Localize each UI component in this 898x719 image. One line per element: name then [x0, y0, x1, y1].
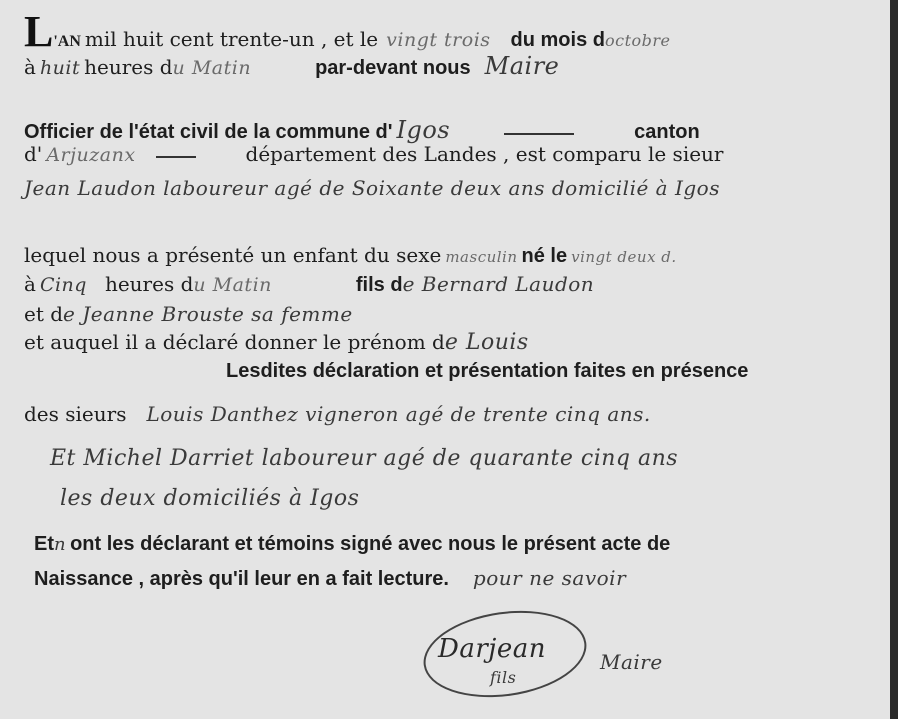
- printed-text: fils d: [356, 274, 403, 296]
- blank-line: [504, 133, 574, 135]
- signature-name: Darjean: [438, 634, 546, 664]
- handwritten-father: e Bernard Laudon: [403, 272, 595, 296]
- handwritten-month: octobre: [605, 31, 671, 50]
- handwritten-residence: les deux domiciliés à Igos: [60, 486, 359, 511]
- line-7: à Cinq heures du Matin fils de Bernard L…: [24, 272, 594, 297]
- printed-text: département des Landes , est comparu le …: [246, 142, 724, 166]
- printed-text: Officier de l'état civil de la commune d…: [24, 121, 393, 143]
- handwritten-declarant: Jean Laudon laboureur agé de Soixante de…: [24, 176, 720, 200]
- handwritten-day: vingt trois: [386, 29, 490, 51]
- handwritten-time: u Matin: [193, 274, 272, 296]
- printed-text: ont les déclarant et témoins signé avec …: [70, 533, 670, 555]
- printed-text: heures d: [84, 55, 172, 79]
- printed-text: né le: [522, 245, 568, 267]
- handwritten-sex: masculin: [445, 248, 517, 266]
- printed-text: lequel nous a présenté un enfant du sexe: [24, 243, 441, 267]
- line-12: Et Michel Darriet laboureur agé de quara…: [50, 446, 678, 471]
- handwritten-mother: e Jeanne Brouste sa femme: [63, 302, 353, 326]
- handwritten-witness-1: Louis Danthez vigneron agé de trente cin…: [146, 402, 650, 426]
- line-4: d' Arjuzanx département des Landes , est…: [24, 142, 724, 166]
- signature-title: Maire: [600, 650, 663, 674]
- handwritten-time: u Matin: [173, 57, 252, 79]
- printed-text: et auquel il a déclaré donner le prénom …: [24, 330, 445, 354]
- line-14: Etn ont les déclarant et témoins signé a…: [34, 533, 670, 556]
- handwritten-mark: n: [54, 534, 66, 555]
- handwritten-canton: Arjuzanx: [46, 144, 135, 166]
- printed-text: à: [24, 272, 36, 296]
- line-9: et auquel il a déclaré donner le prénom …: [24, 330, 529, 355]
- handwritten-hour: Cinq: [40, 274, 87, 296]
- handwritten-title: Maire: [485, 52, 560, 80]
- handwritten-note: pour ne savoir: [473, 566, 626, 590]
- printed-text: canton: [634, 121, 700, 143]
- handwritten-child-name: e Louis: [445, 330, 529, 355]
- page-edge: [890, 0, 898, 719]
- printed-text: à: [24, 55, 36, 79]
- printed-text: des sieurs: [24, 402, 126, 426]
- printed-text: Lesdites déclaration et présentation fai…: [226, 360, 748, 382]
- line-1: L'AN mil huit cent trente-un , et le vin…: [24, 10, 671, 54]
- handwritten-witness-2: Et Michel Darriet laboureur agé de quara…: [50, 446, 678, 471]
- printed-text: Naissance , après qu'il leur en a fait l…: [34, 568, 449, 590]
- line-8: et de Jeanne Brouste sa femme: [24, 302, 353, 326]
- printed-text: par-devant nous: [315, 57, 471, 79]
- printed-text: et d: [24, 302, 63, 326]
- handwritten-birth-date: vingt deux d.: [571, 248, 677, 266]
- line-13: les deux domiciliés à Igos: [60, 486, 359, 511]
- line-5: Jean Laudon laboureur agé de Soixante de…: [24, 176, 720, 200]
- signature-sub: fils: [490, 668, 516, 688]
- mayor-signature: Darjean: [438, 634, 546, 664]
- blank-line: [156, 156, 196, 158]
- line-3: Officier de l'état civil de la commune d…: [24, 116, 700, 144]
- line-2: à huit heures du Matin par-devant nous M…: [24, 52, 559, 80]
- printed-text: heures d: [105, 272, 193, 296]
- line-6: lequel nous a présenté un enfant du sexe…: [24, 243, 677, 268]
- printed-text: du mois d: [511, 29, 605, 51]
- handwritten-commune: Igos: [397, 116, 451, 144]
- line-15: Naissance , après qu'il leur en a fait l…: [34, 566, 626, 591]
- line-11: des sieurs Louis Danthez vigneron agé de…: [24, 402, 651, 426]
- header-rest: 'AN: [53, 33, 81, 50]
- header-initial: L: [24, 7, 53, 56]
- civil-register-page: L'AN mil huit cent trente-un , et le vin…: [0, 0, 890, 719]
- printed-text: Et: [34, 533, 54, 555]
- printed-text: mil huit cent trente-un , et le: [85, 27, 378, 51]
- printed-text: d': [24, 142, 42, 166]
- handwritten-hour: huit: [40, 57, 80, 79]
- line-10: Lesdites déclaration et présentation fai…: [226, 360, 748, 383]
